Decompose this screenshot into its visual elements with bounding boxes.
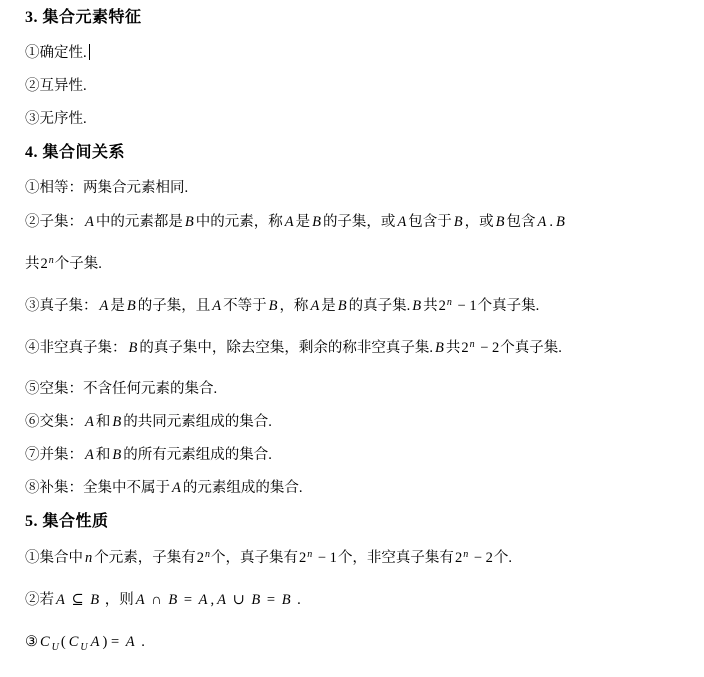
math-variable: A: [395, 214, 408, 230]
paragraph: ⑥交集：A和B的共同元素组成的集合.: [25, 412, 674, 432]
text-run: ，称: [279, 298, 308, 314]
text-run: 个真子集.: [500, 340, 562, 356]
text-run: 个子集.: [55, 256, 102, 272]
text-run: 共: [423, 298, 438, 314]
math-operator: − 1: [453, 298, 478, 314]
math-variable: B: [494, 214, 507, 230]
text-run: ①集合中: [25, 550, 83, 566]
text-run: ③: [25, 634, 38, 650]
text-run: 个.: [494, 550, 512, 566]
text-run: ②子集：: [25, 214, 83, 230]
paragraph: ③CU(CUA) = A .: [25, 631, 674, 654]
paragraph: ②若A ⊆ B ，则A ∩ B = A,A ∪ B = B .: [25, 589, 674, 612]
math-operator: − 2: [469, 550, 494, 566]
math-operator: ⊆: [67, 592, 88, 608]
paragraph: ①确定性.: [25, 43, 674, 63]
paragraph: ③无序性.: [25, 109, 674, 129]
paragraph: ⑧补集：全集中不属于A的元素组成的集合.: [25, 478, 674, 498]
math-operator: ∩: [147, 592, 167, 608]
math-variable: n: [83, 550, 94, 566]
text-run: 的子集，或: [323, 214, 396, 230]
math-variable: B: [452, 214, 465, 230]
text-run: ②互异性.: [25, 78, 87, 94]
math-variable: A: [98, 298, 111, 314]
text-run: 不等于: [223, 298, 267, 314]
paragraph: ③真子集：A是B的子集，且A不等于B，称A是B的真子集.B共2n − 1个真子集…: [25, 295, 674, 318]
math-operator: 2: [298, 550, 307, 566]
math-variable: B: [110, 447, 123, 463]
text-run: ②若: [25, 592, 54, 608]
math-variable: B: [110, 414, 123, 430]
text-run: ，或: [465, 214, 494, 230]
text-run: ①确定性.: [25, 45, 87, 61]
math-variable: B: [280, 592, 293, 608]
text-run: 个真子集.: [478, 298, 540, 314]
text-run: 和: [96, 414, 111, 430]
math-variable: B: [183, 214, 196, 230]
paragraph: 共2n个子集.: [25, 253, 674, 276]
math-variable: B: [554, 214, 567, 230]
math-variable: B: [336, 298, 349, 314]
text-run: 和: [96, 447, 111, 463]
math-variable: A: [536, 214, 549, 230]
math-variable: A: [83, 414, 96, 430]
text-run: 共: [446, 340, 461, 356]
text-run: 的子集，且: [138, 298, 211, 314]
math-operator: − 1: [313, 550, 338, 566]
text-run: 个元素，子集有: [94, 550, 196, 566]
text-run: ④非空真子集：: [25, 340, 127, 356]
math-variable: B: [166, 592, 179, 608]
math-operator: .: [137, 634, 146, 650]
math-variable: A: [134, 592, 147, 608]
math-variable: B: [127, 340, 140, 356]
math-variable: C: [67, 634, 81, 650]
text-run: ③真子集：: [25, 298, 98, 314]
text-run: 个，真子集有: [211, 550, 298, 566]
text-run: 的真子集中，除去空集，剩余的称非空真子集.: [139, 340, 433, 356]
math-operator: 2: [438, 298, 447, 314]
paragraph: ①集合中n个元素，子集有2n个，真子集有2n − 1个，非空真子集有2n − 2…: [25, 547, 674, 570]
text-run: ③无序性.: [25, 111, 87, 127]
text-run: 共: [25, 256, 40, 272]
math-operator: 2: [454, 550, 463, 566]
math-variable: B: [433, 340, 446, 356]
math-operator: 2: [460, 340, 469, 356]
math-variable: A: [83, 447, 96, 463]
text-run: ①相等：两集合元素相同.: [25, 180, 188, 196]
text-run: 是: [110, 298, 125, 314]
text-run: 的元素组成的集合.: [183, 480, 303, 496]
math-operator: ∪: [228, 592, 249, 608]
document-page[interactable]: 3. 集合元素特征①确定性.②互异性.③无序性.4. 集合间关系①相等：两集合元…: [0, 0, 704, 677]
math-superscript: n: [447, 297, 453, 308]
text-run: 中的元素，称: [196, 214, 283, 230]
text-run: ⑥交集：: [25, 414, 83, 430]
text-run: 是: [296, 214, 311, 230]
text-run: 的所有元素组成的集合.: [123, 447, 272, 463]
math-operator: − 2: [476, 340, 501, 356]
math-operator: (: [60, 634, 67, 650]
math-variable: B: [410, 298, 423, 314]
text-run: 中的元素都是: [96, 214, 183, 230]
section-heading: 4. 集合间关系: [25, 142, 674, 163]
math-variable: A: [54, 592, 67, 608]
text-run: 的真子集.: [349, 298, 411, 314]
text-run: 包含于: [408, 214, 452, 230]
text-run: ，则: [101, 592, 134, 608]
math-operator: 2: [40, 256, 49, 272]
text-run: 的共同元素组成的集合.: [123, 414, 272, 430]
math-operator: .: [293, 592, 302, 608]
math-subscript: U: [52, 642, 60, 653]
text-run: 包含: [507, 214, 536, 230]
math-variable: B: [88, 592, 101, 608]
math-variable: A: [210, 298, 223, 314]
text-run: ⑧补集：全集中不属于: [25, 480, 170, 496]
math-operator: 2: [196, 550, 205, 566]
section-heading: 5. 集合性质: [25, 511, 674, 532]
text-run: ⑦并集：: [25, 447, 83, 463]
section-heading: 3. 集合元素特征: [25, 7, 674, 28]
paragraph: ⑦并集：A和B的所有元素组成的集合.: [25, 445, 674, 465]
paragraph: ①相等：两集合元素相同.: [25, 178, 674, 198]
math-operator: =: [179, 592, 196, 608]
math-operator: =: [262, 592, 279, 608]
math-variable: A: [283, 214, 296, 230]
paragraph: ⑤空集：不含任何元素的集合.: [25, 379, 674, 399]
math-superscript: n: [470, 339, 476, 350]
math-variable: A: [83, 214, 96, 230]
paragraph: ④非空真子集：B的真子集中，除去空集，剩余的称非空真子集.B共2n − 2个真子…: [25, 337, 674, 360]
paragraph: ②子集：A中的元素都是B中的元素，称A是B的子集，或A包含于B，或B包含A.B: [25, 211, 674, 234]
text-run: 是: [321, 298, 336, 314]
math-variable: A: [308, 298, 321, 314]
math-subscript: U: [80, 642, 88, 653]
math-variable: A: [197, 592, 210, 608]
text-cursor: [89, 44, 91, 60]
math-variable: C: [38, 634, 52, 650]
text-run: ⑤空集：不含任何元素的集合.: [25, 381, 217, 397]
math-variable: B: [125, 298, 138, 314]
math-variable: B: [310, 214, 323, 230]
math-variable: A: [170, 480, 183, 496]
text-run: 个，非空真子集有: [338, 550, 454, 566]
math-variable: A: [124, 634, 137, 650]
math-operator: ) =: [102, 634, 124, 650]
paragraph: ②互异性.: [25, 76, 674, 96]
math-variable: B: [249, 592, 262, 608]
math-variable: A: [215, 592, 228, 608]
math-variable: B: [267, 298, 280, 314]
math-variable: A: [89, 634, 102, 650]
